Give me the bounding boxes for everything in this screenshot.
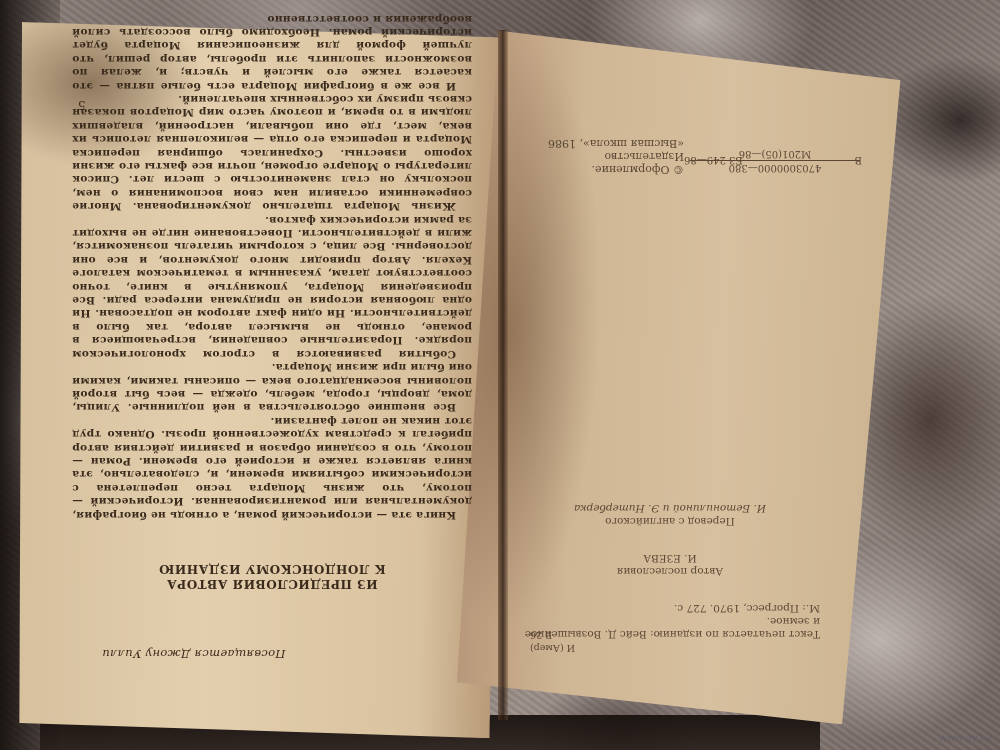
watermark: www.ay.by (939, 733, 992, 744)
catalog-suffix: Б3 249—86 (684, 153, 743, 166)
dedication: Посвящается Джону Уилли (72, 647, 472, 660)
source-line-2: М.: Прогресс, 1970. 727 с. (674, 602, 820, 614)
heading-line-2: К ЛОНДОНСКОМУ ИЗДАНИЮ (158, 562, 385, 576)
afterword-author: И. ЕЗЕВА (643, 552, 696, 564)
paragraph: Жизнь Моцарта тщательно документирована.… (72, 92, 472, 213)
catalog-line-1: И (Амер) (530, 642, 575, 653)
imprint-credits: Текст печатается по изданию: Вейс Д. Воз… (520, 470, 820, 640)
afterword-credit: Автор послесловия И. ЕЗЕВА (520, 551, 820, 577)
paragraph: И все же в биографии Моцарта есть белые … (72, 11, 472, 91)
afterword-label: Автор послесловия (617, 565, 724, 577)
paragraph: Книга эта — исторический роман, а отнюдь… (72, 413, 472, 520)
book-gutter (498, 30, 508, 720)
paragraph: События развиваются в строгом хронологич… (72, 212, 472, 359)
heading-line-1: ИЗ ПРЕДИСЛОВИЯ АВТОРА (166, 577, 377, 591)
translation-label: Перевод с английского (605, 515, 735, 527)
copyright-block: В 4703000000—380 М201(05)—86 Б3 249—86 ©… (530, 120, 870, 180)
catalog-prefix: В (855, 153, 862, 166)
copyright-line-2: «Высшая школа», 1986 (548, 137, 684, 150)
copyright-notice: © Оформление. Издательство «Высшая школа… (534, 137, 684, 176)
chapter-heading: ИЗ ПРЕДИСЛОВИЯ АВТОРА К ЛОНДОНСКОМУ ИЗДА… (72, 561, 472, 591)
source-edition: Текст печатается по изданию: Вейс Д. Воз… (520, 601, 820, 640)
paragraph: Все внешние обстоятельства в ней подлинн… (72, 360, 472, 414)
source-line-1: Текст печатается по изданию: Вейс Д. Воз… (525, 615, 820, 640)
translation-credit: Перевод с английского И. Бетонилиной и Э… (520, 501, 820, 527)
catalog-code: В 4703000000—380 М201(05)—86 Б3 249—86 (690, 147, 860, 174)
copyright-line-1: © Оформление. Издательство (591, 150, 684, 176)
left-page-text: Посвящается Джону Уилли ИЗ ПРЕДИСЛОВИЯ А… (72, 100, 472, 660)
translators: И. Бетонилиной и Э. Нитерберка (520, 501, 820, 514)
